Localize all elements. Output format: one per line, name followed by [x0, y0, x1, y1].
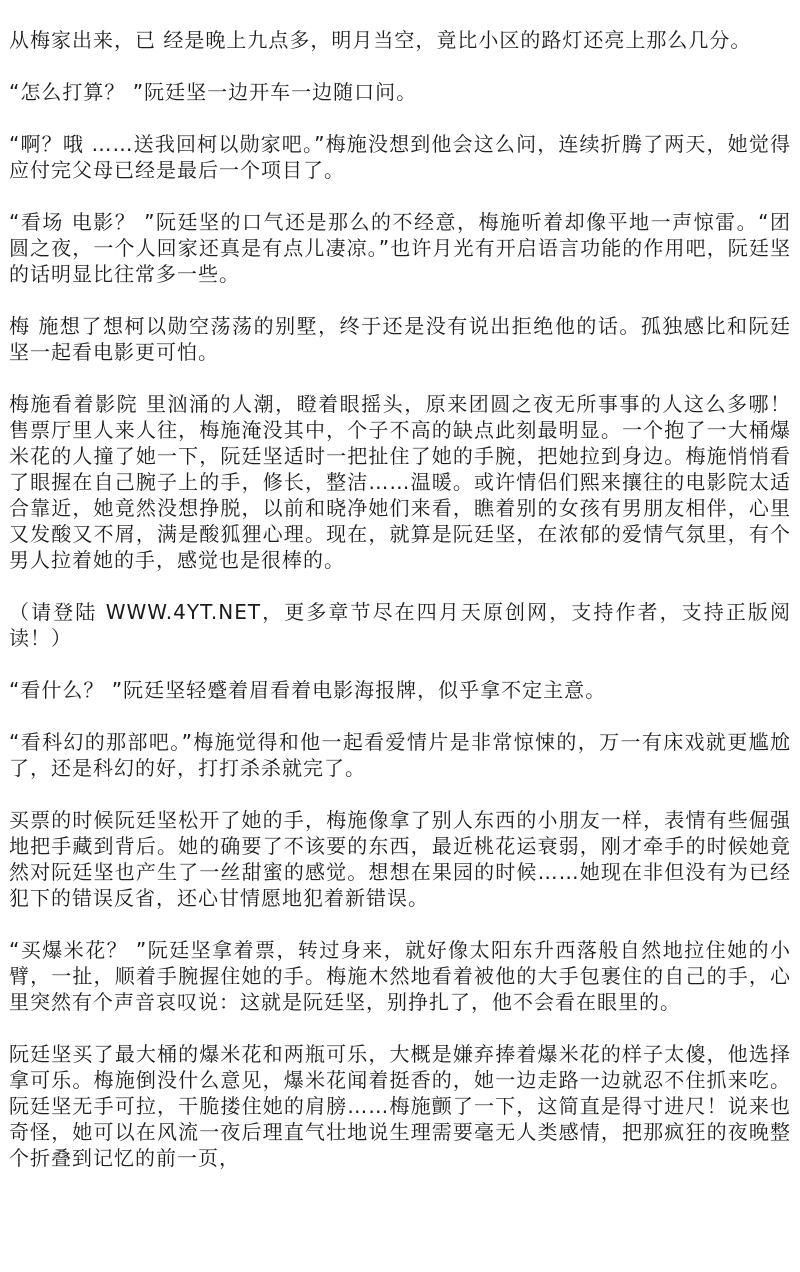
paragraph: “看什么？ ”阮廷坚轻蹙着眉看着电影海报牌，似乎拿不定主意。 — [9, 677, 791, 703]
paragraph: 阮廷坚买了最大桶的爆米花和两瓶可乐，大概是嫌弃捧着爆米花的样子太傻，他选择拿可乐… — [9, 1041, 791, 1171]
site-promo-paragraph: （请登陆 WWW.4YT.NET，更多章节尽在四月天原创网，支持作者，支持正版阅… — [9, 599, 791, 651]
paragraph: “怎么打算？ ”阮廷坚一边开车一边随口问。 — [9, 79, 791, 105]
paragraph: “看场 电影？ ”阮廷坚的口气还是那么的不经意，梅施听着却像平地一声惊雷。“团圆… — [9, 209, 791, 287]
novel-text-page: 从梅家出来，已 经是晚上九点多，明月当空，竟比小区的路灯还亮上那么几分。 “怎么… — [0, 0, 800, 1272]
paragraph: “看科幻的那部吧。”梅施觉得和他一起看爱情片是非常惊悚的，万一有床戏就更尴尬了，… — [9, 729, 791, 781]
paragraph: 梅施看着影院 里汹涌的人潮，瞪着眼摇头，原来团圆之夜无所事事的人这么多哪！售票厅… — [9, 391, 791, 573]
paragraph: 买票的时候阮廷坚松开了她的手，梅施像拿了别人东西的小朋友一样，表情有些倔强地把手… — [9, 807, 791, 911]
paragraph: 梅 施想了想柯以勋空荡荡的别墅，终于还是没有说出拒绝他的话。孤独感比和阮廷坚一起… — [9, 313, 791, 365]
paragraph: 从梅家出来，已 经是晚上九点多，明月当空，竟比小区的路灯还亮上那么几分。 — [9, 27, 791, 53]
paragraph: “啊？哦 ……送我回柯以勋家吧。”梅施没想到他会这么问，连续折腾了两天，她觉得应… — [9, 131, 791, 183]
paragraph: “买爆米花？ ”阮廷坚拿着票，转过身来，就好像太阳东升西落般自然地拉住她的小臂，… — [9, 937, 791, 1015]
